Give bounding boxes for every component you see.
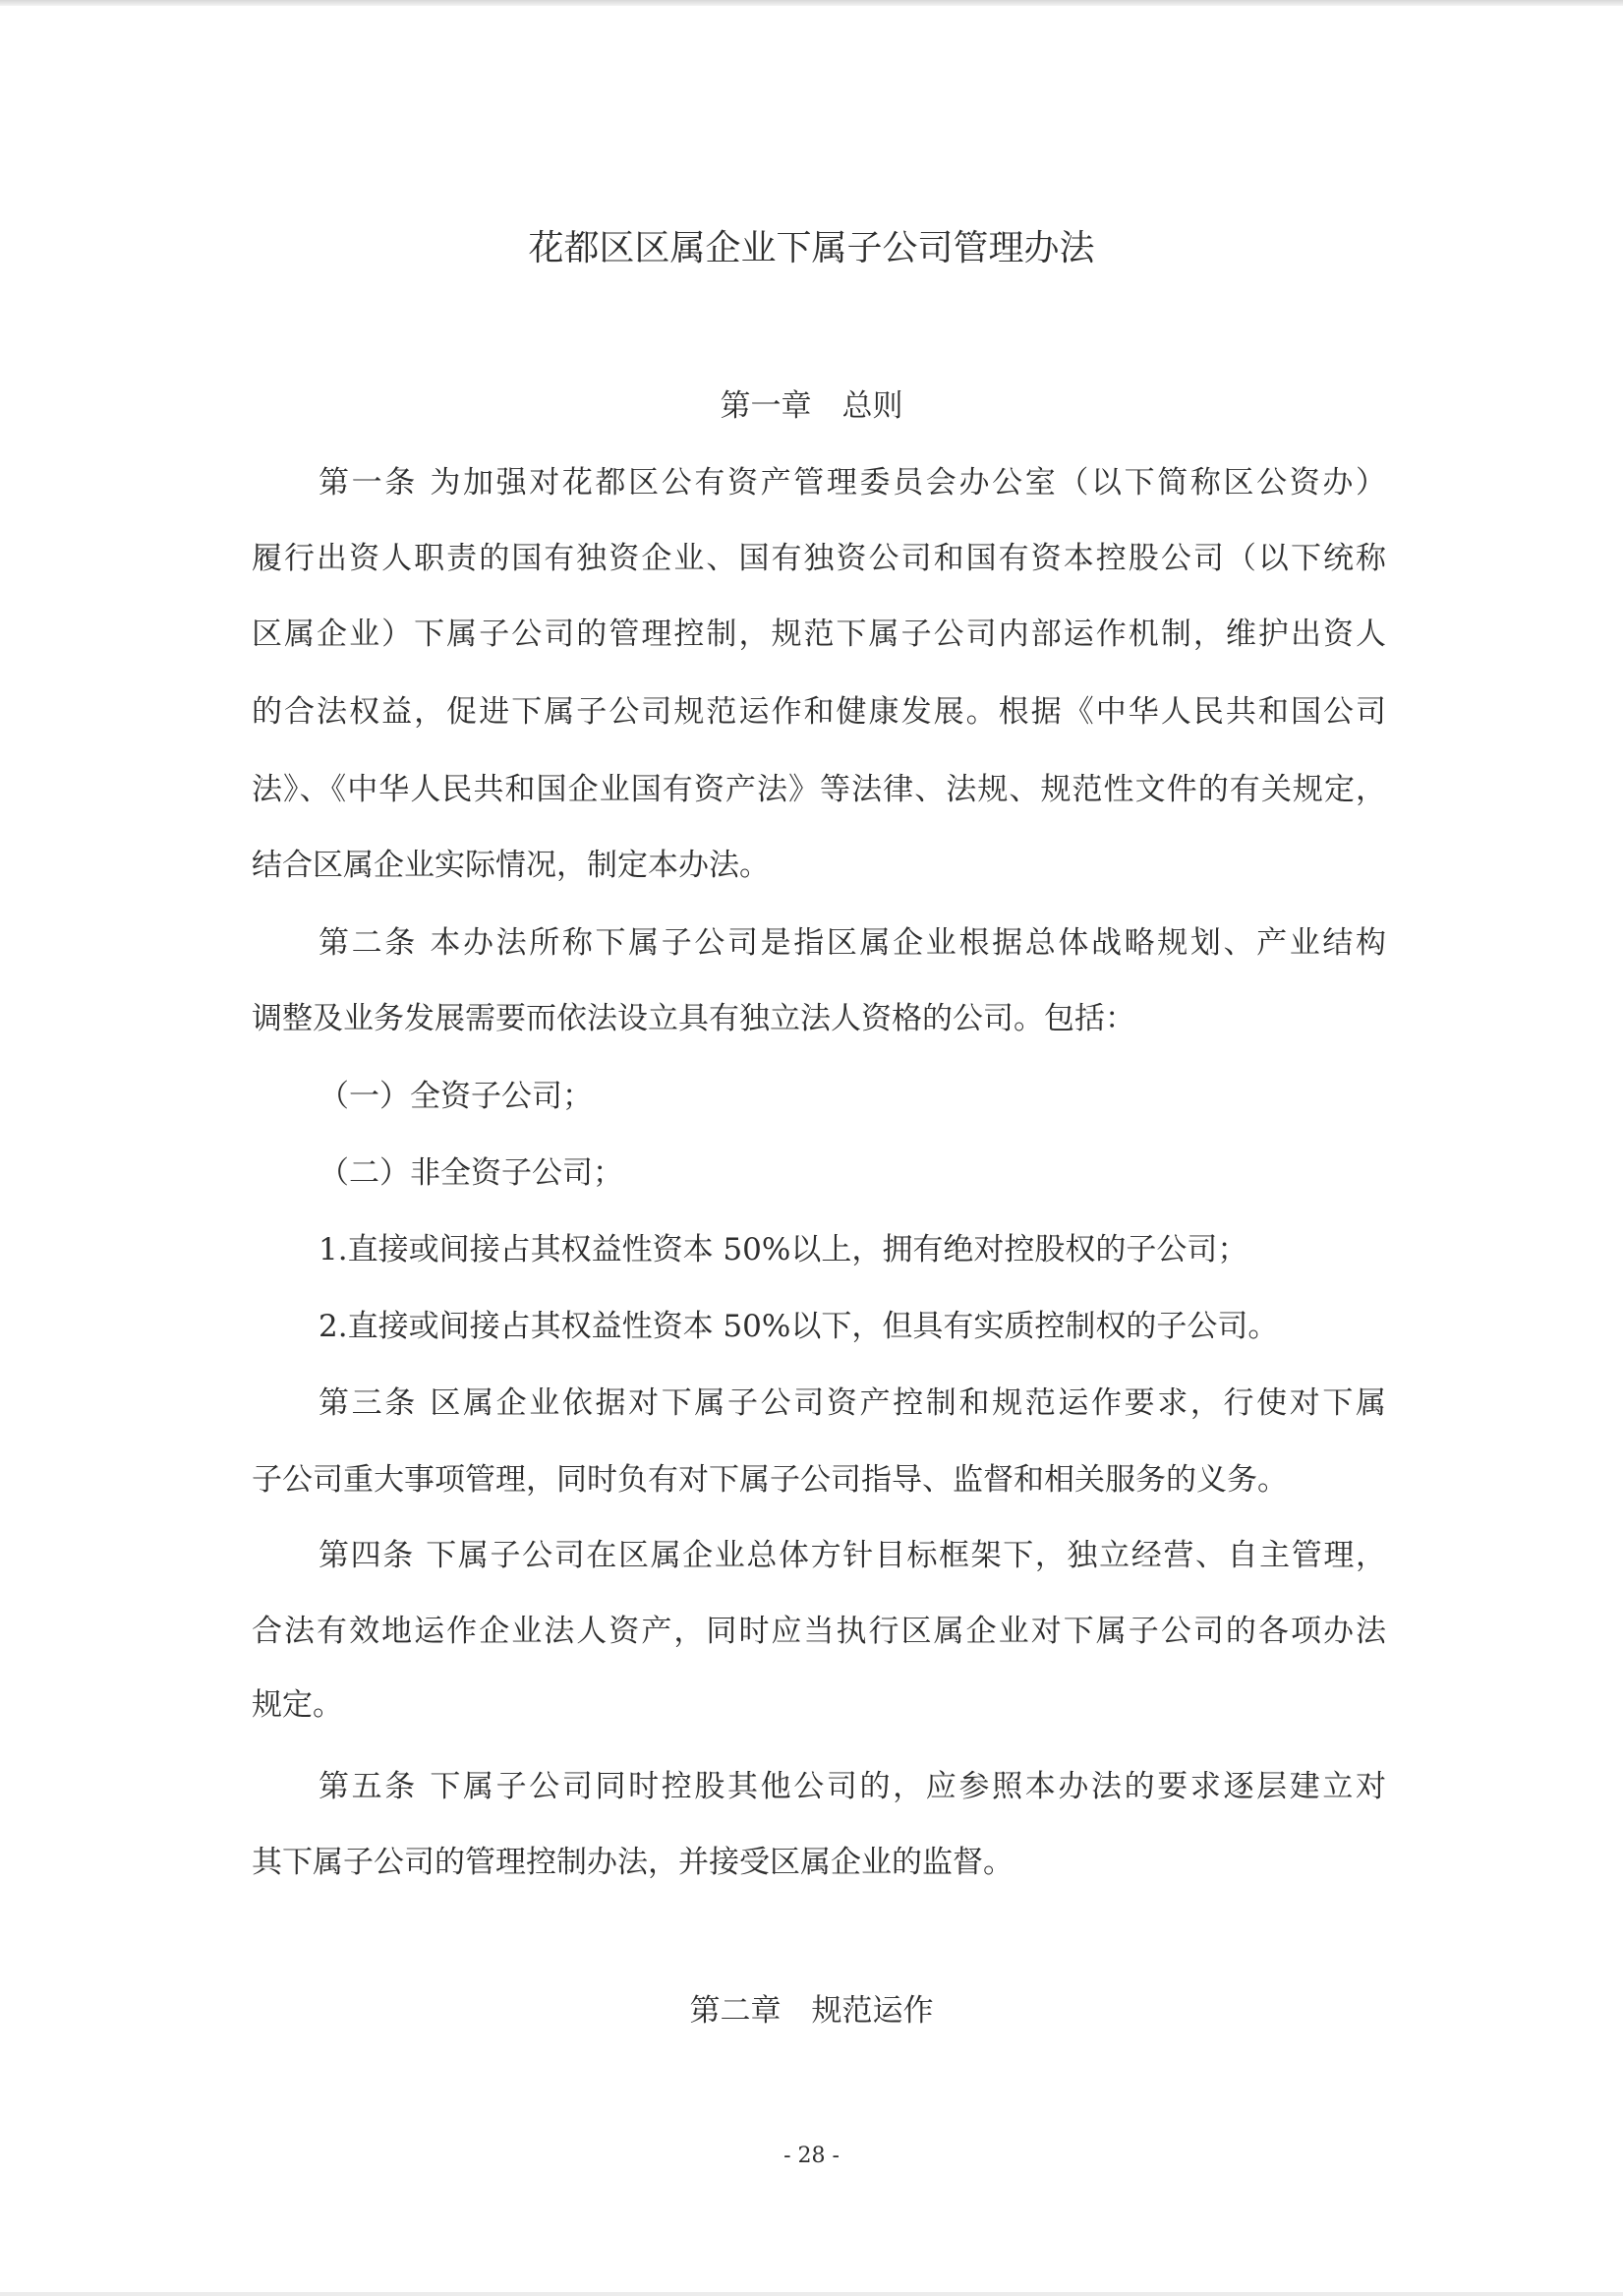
- article-3-line-2: 子公司重大事项管理，同时负有对下属子公司指导、监督和相关服务的义务。: [252, 1460, 1386, 1500]
- article-1-line-4: 的合法权益，促进下属子公司规范运作和健康发展。根据《中华人民共和国公司: [252, 692, 1386, 732]
- article-1-line-5: 法》、《中华人民共和国企业国有资产法》等法律、法规、规范性文件的有关规定，: [252, 770, 1386, 809]
- scan-edge-top: [0, 0, 1623, 6]
- sub-item-1: 1.直接或间接占其权益性资本 50%以上，拥有绝对控股权的子公司；: [319, 1230, 1386, 1269]
- article-1-line-2: 履行出资人职责的国有独资企业、国有独资公司和国有资本控股公司（以下统称: [252, 539, 1386, 578]
- article-2-line-2: 调整及业务发展需要而依法设立具有独立法人资格的公司。包括：: [252, 999, 1386, 1038]
- chapter-heading-1: 第一章 总则: [0, 386, 1623, 426]
- page-number: - 28 -: [0, 2143, 1623, 2170]
- article-2-line-1: 第二条 本办法所称下属子公司是指区属企业根据总体战略规划、产业结构: [319, 923, 1386, 963]
- chapter-heading-2: 第二章 规范运作: [0, 1991, 1623, 2031]
- list-item-2: （二）非全资子公司；: [319, 1153, 1386, 1193]
- sub-item-2: 2.直接或间接占其权益性资本 50%以下，但具有实质控制权的子公司。: [319, 1307, 1386, 1346]
- scan-edge-bottom: [0, 2292, 1623, 2296]
- article-1-line-1: 第一条 为加强对花都区公有资产管理委员会办公室（以下简称区公资办）: [319, 463, 1386, 502]
- article-4-line-3: 规定。: [252, 1685, 1386, 1725]
- article-1-line-3: 区属企业）下属子公司的管理控制，规范下属子公司内部运作机制，维护出资人: [252, 615, 1386, 654]
- article-5-line-1: 第五条 下属子公司同时控股其他公司的，应参照本办法的要求逐层建立对: [319, 1767, 1386, 1806]
- document-title: 花都区区属企业下属子公司管理办法: [0, 225, 1623, 272]
- article-5-line-2: 其下属子公司的管理控制办法，并接受区属企业的监督。: [252, 1843, 1386, 1882]
- article-4-line-1: 第四条 下属子公司在区属企业总体方针目标框架下，独立经营、自主管理，: [319, 1536, 1386, 1575]
- article-3-line-1: 第三条 区属企业依据对下属子公司资产控制和规范运作要求，行使对下属: [319, 1383, 1386, 1423]
- article-4-line-2: 合法有效地运作企业法人资产，同时应当执行区属企业对下属子公司的各项办法: [252, 1612, 1386, 1651]
- article-1-line-6: 结合区属企业实际情况，制定本办法。: [252, 846, 1386, 885]
- list-item-1: （一）全资子公司；: [319, 1077, 1386, 1116]
